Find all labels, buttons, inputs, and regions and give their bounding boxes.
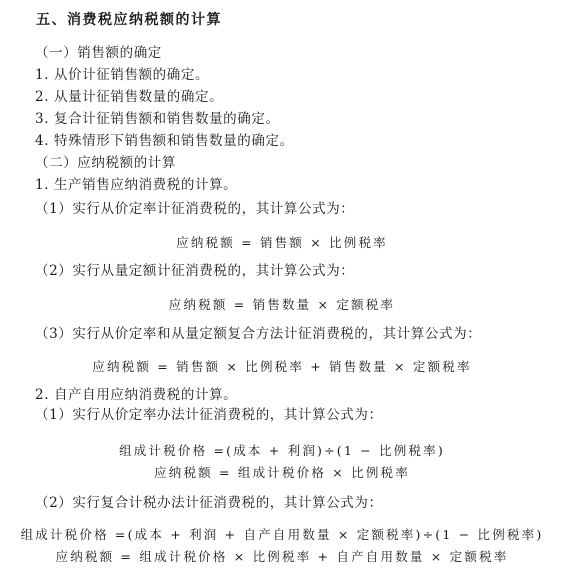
part1-heading: （一）销售额的确定 [35, 44, 162, 62]
list-item: 2. 从量计征销售数量的确定。 [35, 88, 223, 106]
formula-specific: 应纳税额 = 销售数量 × 定额税率 [0, 296, 564, 314]
formula-ad-valorem: 应纳税额 = 销售额 × 比例税率 [0, 234, 564, 252]
sub1-case3-text: （3）实行从价定率和从量定额复合方法计征消费税的，其计算公式为： [35, 325, 481, 343]
formula-compound: 应纳税额 = 销售额 × 比例税率 + 销售数量 × 定额税率 [0, 358, 564, 376]
sub1-heading: 1. 生产销售应纳消费税的计算。 [35, 176, 237, 194]
formula-composite-price: 组成计税价格 =(成本 + 利润)÷(1 − 比例税率) [0, 442, 564, 460]
list-item: 1. 从价计征销售额的确定。 [35, 66, 209, 84]
sub1-case2-text: （2）实行从量定额计征消费税的，其计算公式为： [35, 262, 354, 280]
sub1-case1-text: （1）实行从价定率计征消费税的，其计算公式为： [35, 200, 354, 218]
list-item: 4. 特殊情形下销售额和销售数量的确定。 [35, 132, 294, 150]
list-item: 3. 复合计征销售额和销售数量的确定。 [35, 110, 280, 128]
part2-heading: （二）应纳税额的计算 [35, 154, 176, 172]
section-title: 五、消费税应纳税额的计算 [36, 9, 222, 29]
formula-tax-payable: 应纳税额 = 组成计税价格 × 比例税率 [0, 464, 564, 482]
formula-tax-payable-compound: 应纳税额 = 组成计税价格 × 比例税率 + 自产自用数量 × 定额税率 [0, 548, 564, 566]
sub2-case1-text: （1）实行从价定率办法计征消费税的，其计算公式为： [35, 406, 383, 424]
formula-composite-price-compound: 组成计税价格 =(成本 + 利润 + 自产自用数量 × 定额税率)÷(1 − 比… [0, 526, 564, 544]
sub2-heading: 2. 自产自用应纳消费税的计算。 [35, 386, 237, 404]
sub2-case2-text: （2）实行复合计税办法计征消费税的，其计算公式为： [35, 494, 383, 512]
document-page: 五、消费税应纳税额的计算 （一）销售额的确定 1. 从价计征销售额的确定。 2.… [0, 0, 564, 568]
